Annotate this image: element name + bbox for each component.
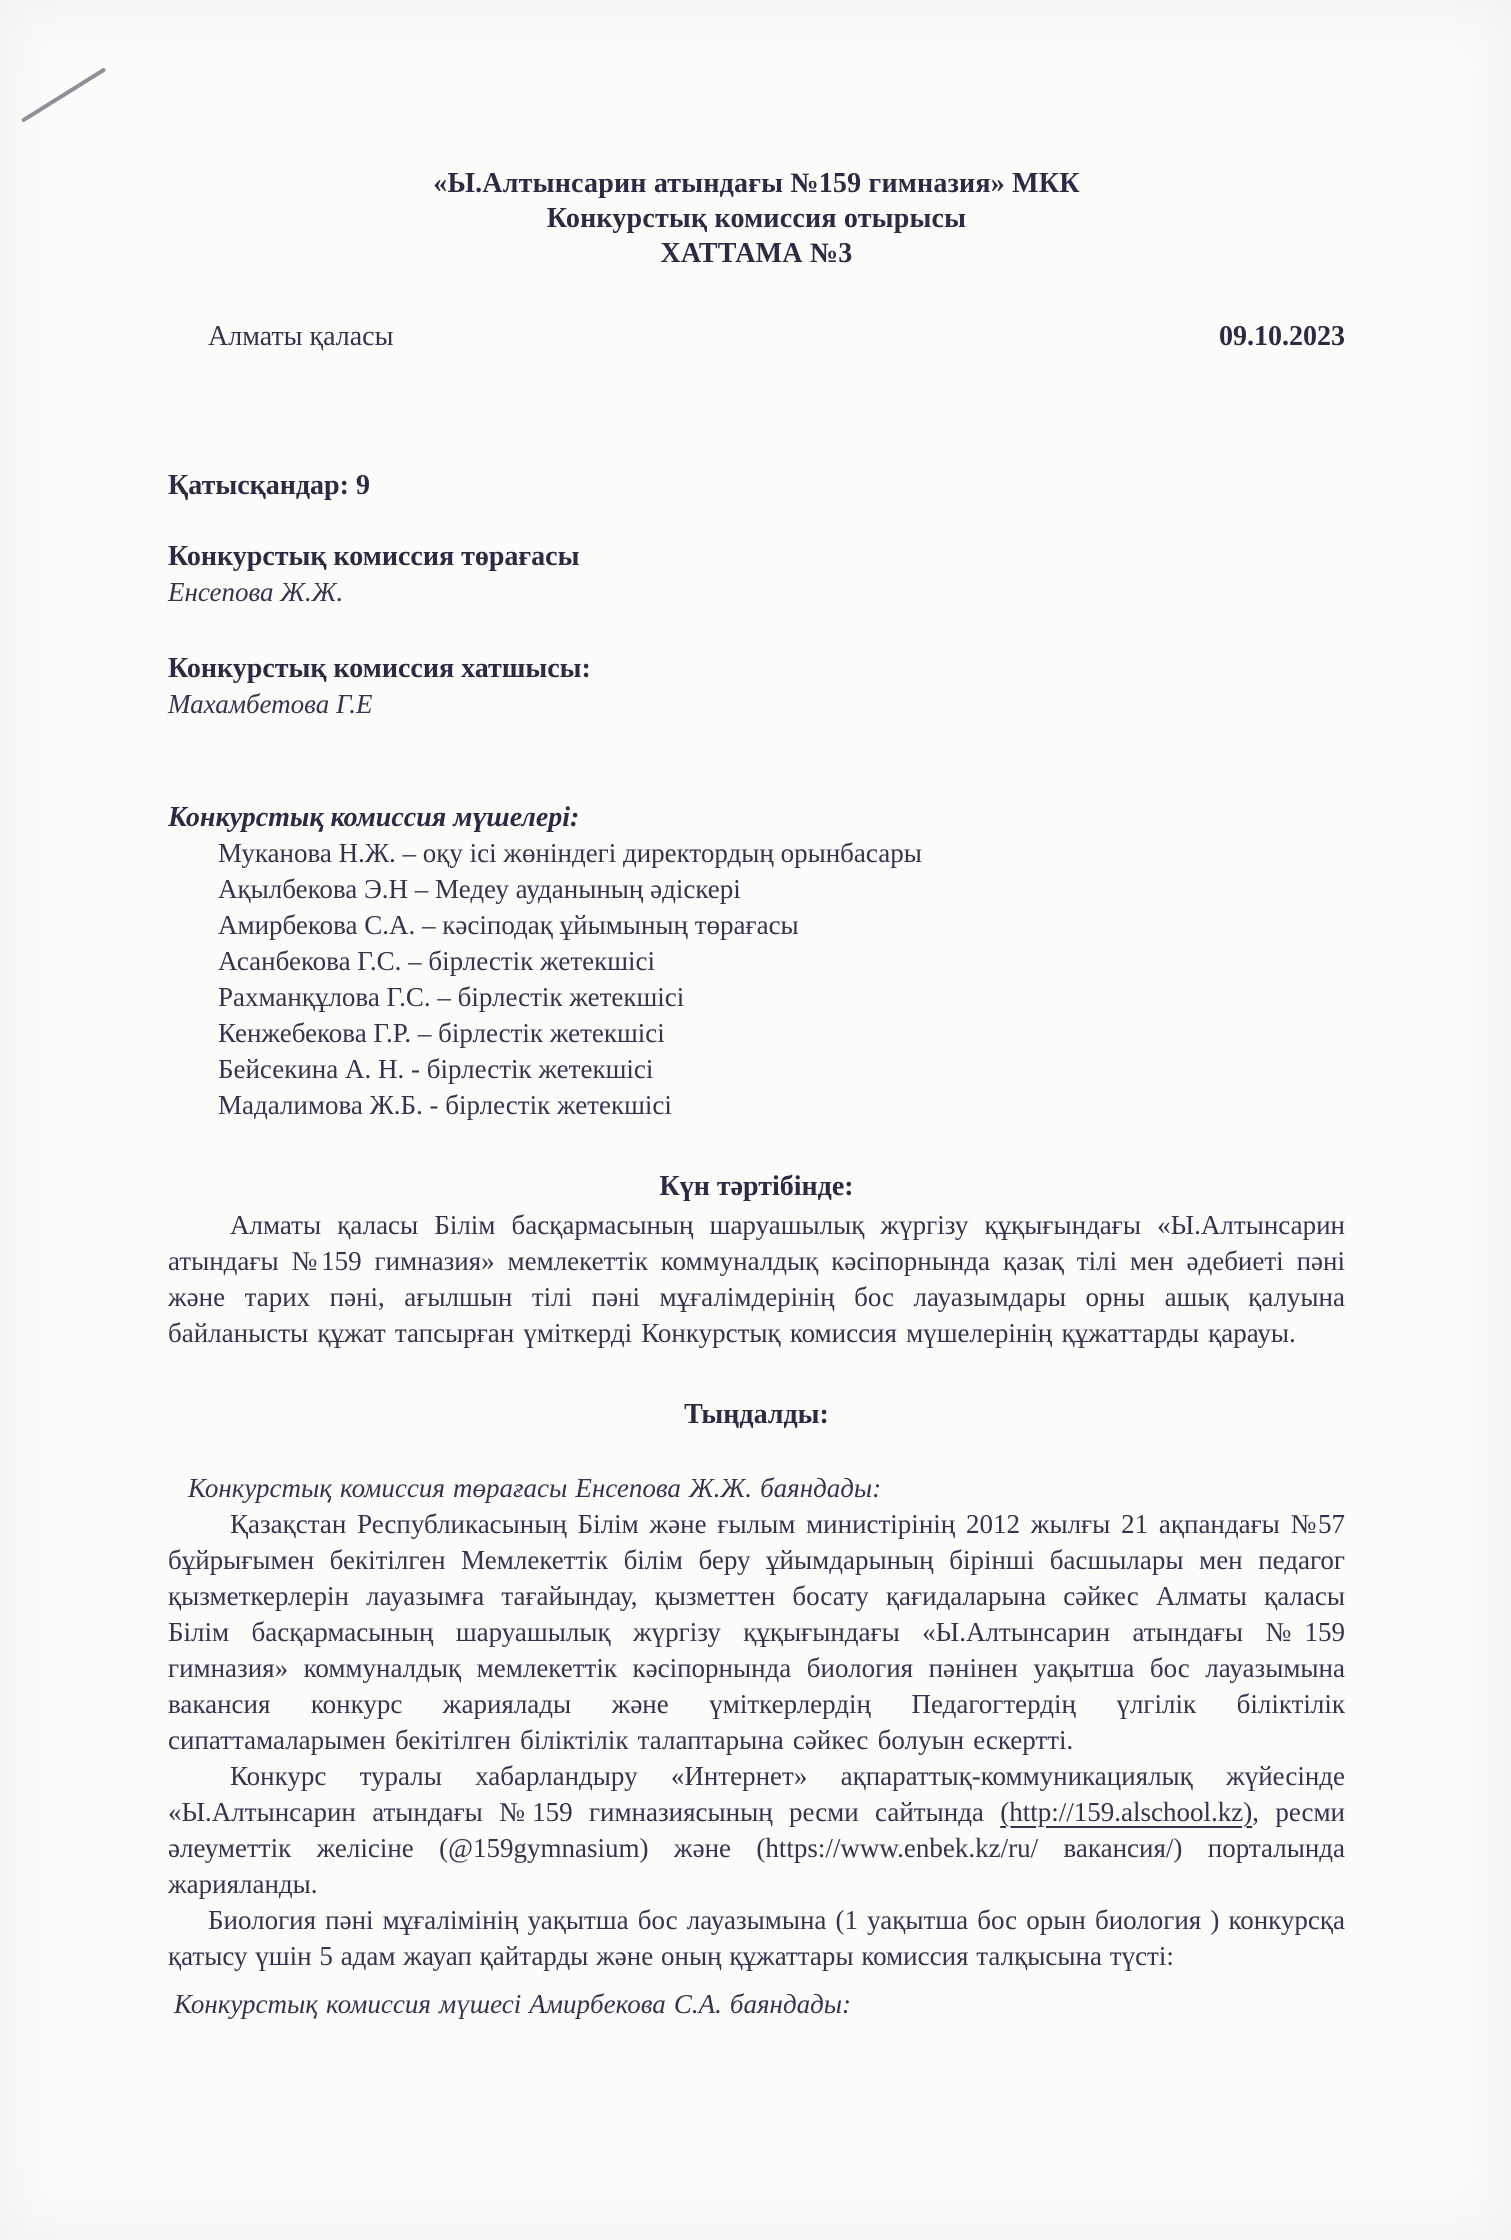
member-item: Асанбекова Г.С. – бірлестік жетекшісі [168,943,1345,979]
chairman-label: Конкурстық комиссия төрағасы [168,539,1345,574]
meeting-title: Конкурстық комиссия отырысы [168,201,1345,236]
organization-title: «Ы.Алтынсарин атындағы №159 гимназия» МК… [168,166,1345,201]
secretary-name: Махамбетова Г.Е [168,686,1345,722]
member-item: Мадалимова Ж.Б. - бірлестік жетекшісі [168,1087,1345,1123]
city-label: Алматы қаласы [168,319,393,354]
speaker-line-member: Конкурстық комиссия мүшесі Амирбекова С.… [168,1986,1345,2022]
document-header: «Ы.Алтынсарин атындағы №159 гимназия» МК… [168,166,1345,271]
school-site-link: (http://159.alschool.kz) [1000,1797,1252,1827]
heard-paragraph-2: Конкурс туралы хабарландыру «Интернет» а… [168,1758,1345,1902]
agenda-title: Күн тәртібінде: [168,1169,1345,1204]
agenda-paragraph: Алматы қаласы Білім басқармасының шаруаш… [168,1207,1345,1351]
attendees-count: Қатысқандар: 9 [168,468,1345,503]
member-item: Ақылбекова Э.Н – Медеу ауданының әдіскер… [168,871,1345,907]
member-item: Амирбекова С.А. – кәсіподақ ұйымының төр… [168,907,1345,943]
protocol-number: ХАТТАМА №3 [168,236,1345,271]
chairman-name: Енсепова Ж.Ж. [168,574,1345,610]
member-item: Кенжебекова Г.Р. – бірлестік жетекшісі [168,1015,1345,1051]
member-item: Бейсекина А. Н. - бірлестік жетекшісі [168,1051,1345,1087]
heard-title: Тыңдалды: [168,1397,1345,1432]
city-date-row: Алматы қаласы 09.10.2023 [168,319,1345,354]
scanned-protocol-page: «Ы.Алтынсарин атындағы №159 гимназия» МК… [0,0,1511,2240]
secretary-label: Конкурстық комиссия хатшысы: [168,651,1345,686]
members-label: Конкурстық комиссия мүшелері: [168,800,1345,835]
speaker-line-chairman: Конкурстық комиссия төрағасы Енсепова Ж.… [168,1470,1345,1506]
member-item: Муканова Н.Ж. – оқу ісі жөніндегі директ… [168,835,1345,871]
date-label: 09.10.2023 [1219,319,1345,354]
heard-paragraph-3: Биология пәні мұғалімінің уақытша бос ла… [168,1902,1345,1974]
member-item: Рахманқұлова Г.С. – бірлестік жетекшісі [168,979,1345,1015]
heard-paragraph-1: Қазақстан Республикасының Білім және ғыл… [168,1506,1345,1758]
document-content: «Ы.Алтынсарин атындағы №159 гимназия» МК… [0,0,1511,2022]
